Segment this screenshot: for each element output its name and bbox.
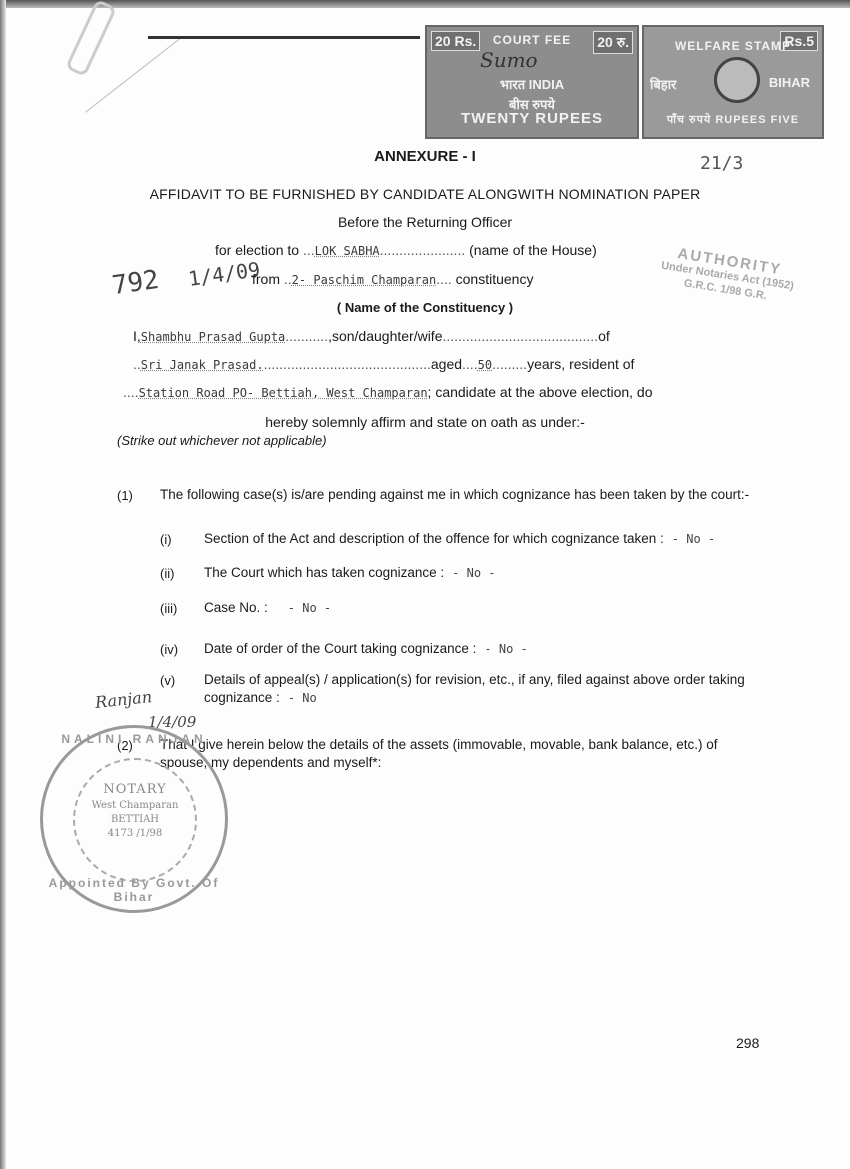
- sub-item-number: (i): [160, 532, 172, 547]
- notary-city: BETTIAH: [75, 814, 195, 825]
- stamp-amount: TWENTY RUPEES: [427, 110, 637, 127]
- sub-item-number: (ii): [160, 566, 174, 581]
- binding-string: [65, 0, 117, 77]
- house-field[interactable]: LOK SABHA: [315, 244, 380, 258]
- constituency-label: ( Name of the Constituency ): [0, 300, 850, 315]
- sub-item-number: (v): [160, 673, 175, 688]
- handwritten-receipt-number: 792: [110, 265, 161, 301]
- notary-ring-top: NALINI RANJAN: [43, 732, 225, 746]
- stamp-country: भारत INDIA: [427, 75, 637, 93]
- paper-top-fold: [148, 36, 420, 39]
- emblem-icon: [714, 57, 760, 103]
- stamp-cancellation-signature: Sumo: [480, 48, 538, 72]
- notary-seal: NALINI RANJAN NOTARY West Champaran BETT…: [40, 725, 228, 913]
- annex-title: ANNEXURE - I: [0, 148, 850, 165]
- answer-field[interactable]: - No: [288, 691, 317, 705]
- notary-signature: Ranjan: [94, 687, 153, 712]
- house-line: for election to ...LOK SABHA............…: [215, 242, 597, 258]
- answer-field[interactable]: - No -: [672, 532, 715, 546]
- welfare-stamp: Rs.5 WELFARE STAMP बिहार BIHAR पाँच रुपय…: [642, 25, 824, 139]
- stamp-title: COURT FEE: [427, 33, 637, 47]
- sub-item-appeals: Details of appeal(s) / application(s) fo…: [204, 671, 764, 707]
- constituency-prefix: from: [252, 271, 280, 287]
- sub-item-court: The Court which has taken cognizance :- …: [204, 564, 764, 582]
- scan-top-edge: [0, 0, 850, 8]
- welfare-stamp-title: WELFARE STAMP: [644, 39, 822, 53]
- answer-field[interactable]: - No -: [484, 642, 527, 656]
- notary-place: West Champaran: [75, 800, 195, 811]
- sub-item-number: (iv): [160, 642, 178, 657]
- welfare-stamp-amount: पाँच रुपये RUPEES FIVE: [644, 112, 822, 127]
- answer-field[interactable]: - No -: [452, 566, 495, 580]
- notary-registration: 4173 /1/98: [75, 828, 195, 839]
- page-number: 298: [736, 1035, 759, 1051]
- notary-ring-bottom: Appointed By Govt. Of Bihar: [43, 876, 225, 904]
- sub-item-offence-section: Section of the Act and description of th…: [204, 530, 764, 548]
- affidavit-title: AFFIDAVIT TO BE FURNISHED BY CANDIDATE A…: [0, 186, 850, 202]
- candidate-name-field[interactable]: Shambhu Prasad Gupta: [141, 330, 286, 344]
- strike-note: (Strike out whichever not applicable): [117, 433, 327, 448]
- notary-title: NOTARY: [75, 782, 195, 797]
- welfare-state: BIHAR: [769, 75, 810, 90]
- father-name-field[interactable]: Sri Janak Prasad.: [141, 358, 264, 372]
- constituency-suffix: constituency: [456, 271, 534, 287]
- sub-item-number: (iii): [160, 601, 177, 616]
- house-prefix: for election to: [215, 242, 299, 258]
- item-1-text: The following case(s) is/are pending aga…: [160, 486, 760, 504]
- sub-item-order-date: Date of order of the Court taking cogniz…: [204, 640, 764, 658]
- father-line: ..Sri Janak Prasad......................…: [133, 356, 634, 372]
- welfare-state-hindi: बिहार: [650, 75, 676, 93]
- handwritten-receipt-date: 1/4/09: [187, 257, 262, 291]
- item-1-number: (1): [117, 488, 133, 503]
- sub-item-case-number: Case No. :- No -: [204, 599, 764, 617]
- paper-fold-line: [85, 38, 180, 113]
- answer-field[interactable]: - No -: [288, 601, 331, 615]
- scan-left-edge: [0, 0, 6, 1169]
- address-field[interactable]: Station Road PO- Bettiah, West Champaran: [139, 386, 428, 400]
- house-suffix: (name of the House): [469, 242, 597, 258]
- constituency-line: from ..2- Paschim Champaran.... constitu…: [252, 271, 533, 287]
- address-line: ....Station Road PO- Bettiah, West Champ…: [123, 384, 653, 400]
- returning-officer-line: Before the Returning Officer: [0, 214, 850, 230]
- age-field[interactable]: 50: [478, 358, 492, 372]
- constituency-field[interactable]: 2- Paschim Champaran: [292, 273, 437, 287]
- name-line: I,Shambhu Prasad Gupta...........,son/da…: [133, 328, 610, 344]
- item-2-text: That I give herein below the details of …: [160, 736, 760, 772]
- document-page: 20 Rs. 20 रु. COURT FEE भारत INDIA बीस र…: [0, 0, 850, 1169]
- court-fee-stamp: 20 Rs. 20 रु. COURT FEE भारत INDIA बीस र…: [425, 25, 639, 139]
- oath-statement: hereby solemnly affirm and state on oath…: [0, 414, 850, 430]
